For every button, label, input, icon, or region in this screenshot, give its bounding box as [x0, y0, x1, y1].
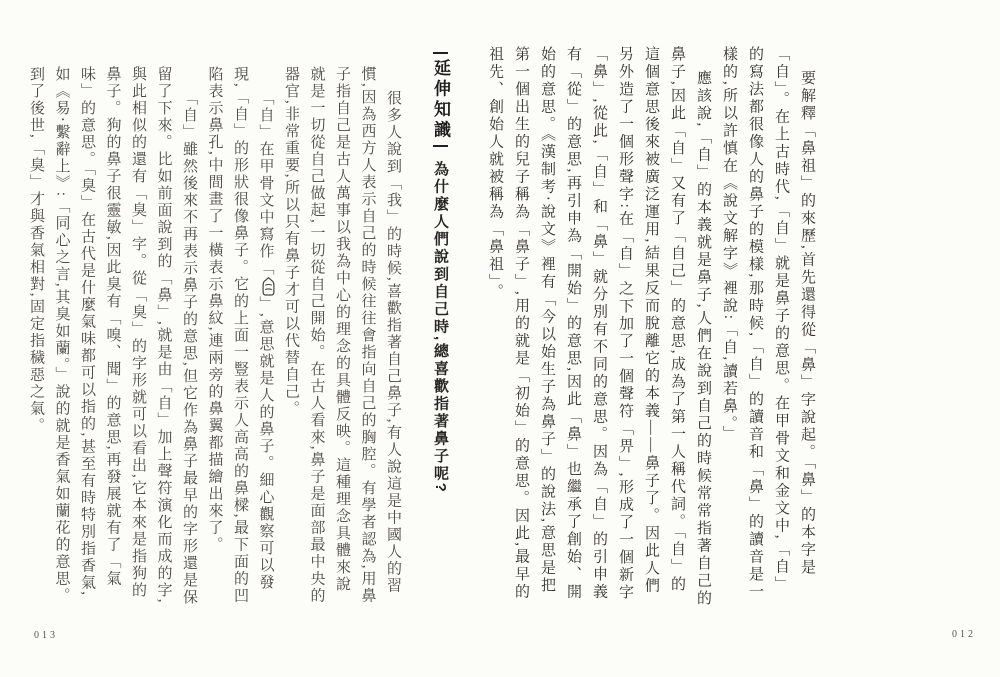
paragraph-text-before-glyph: 「自」在甲骨文中寫作「 [258, 90, 274, 277]
paragraph: 很多人說到「我」的時候,喜歡指著自己鼻子,有人說這是中國人的習慣,因為西方人表示… [278, 66, 406, 606]
book-spread: 1 為什麼常常稱創始人為「鼻祖」?這跟鼻子有關係嗎? 要解釋「鼻祖」的來歷,首先… [0, 0, 1000, 677]
header-dash-bottom [433, 145, 448, 147]
extended-knowledge-label: 延伸知識 [431, 59, 450, 141]
page-right: 1 為什麼常常稱創始人為「鼻祖」?這跟鼻子有關係嗎? 要解釋「鼻祖」的來歷,首先… [500, 0, 1000, 677]
page-number-left: 013 [34, 630, 58, 641]
extended-knowledge-question: 為什麼人們說到自己時,總喜歡指著鼻子呢? [432, 161, 449, 494]
header-dash-top [433, 52, 448, 54]
extended-knowledge-body: 很多人說到「我」的時候,喜歡指著自己鼻子,有人說這是中國人的習慣,因為西方人表示… [60, 66, 405, 606]
chapter-body-text: 要解釋「鼻祖」的來歷,首先還得從「鼻」字說起。「鼻」的本字是「自」。在上古時代,… [558, 46, 820, 608]
page-number-right: 012 [952, 629, 976, 640]
paragraph-with-glyph: 「自」在甲骨文中寫作「 」,意思就是人的鼻子。細心觀察可以發現,「自」的形狀很像… [201, 66, 278, 606]
paragraph: 應該說,「自」的本義就是鼻子,人們在說到自己的時候常常指著自己的鼻子,因此「自」… [482, 46, 716, 608]
oracle-bone-script-zi-glyph [262, 277, 275, 296]
page-left: 延伸知識為什麼人們說到自己時,總喜歡指著鼻子呢? 很多人說到「我」的時候,喜歡指… [0, 0, 500, 677]
paragraph: 要解釋「鼻祖」的來歷,首先還得從「鼻」字說起。「鼻」的本字是「自」。在上古時代,… [716, 46, 820, 608]
extended-knowledge-header: 延伸知識為什麼人們說到自己時,總喜歡指著鼻子呢? [428, 48, 453, 648]
paragraph: 「自」雖然後來不再表示鼻子的意思,但它作為鼻子最早的字形還是保留了下來。比如前面… [23, 66, 202, 606]
